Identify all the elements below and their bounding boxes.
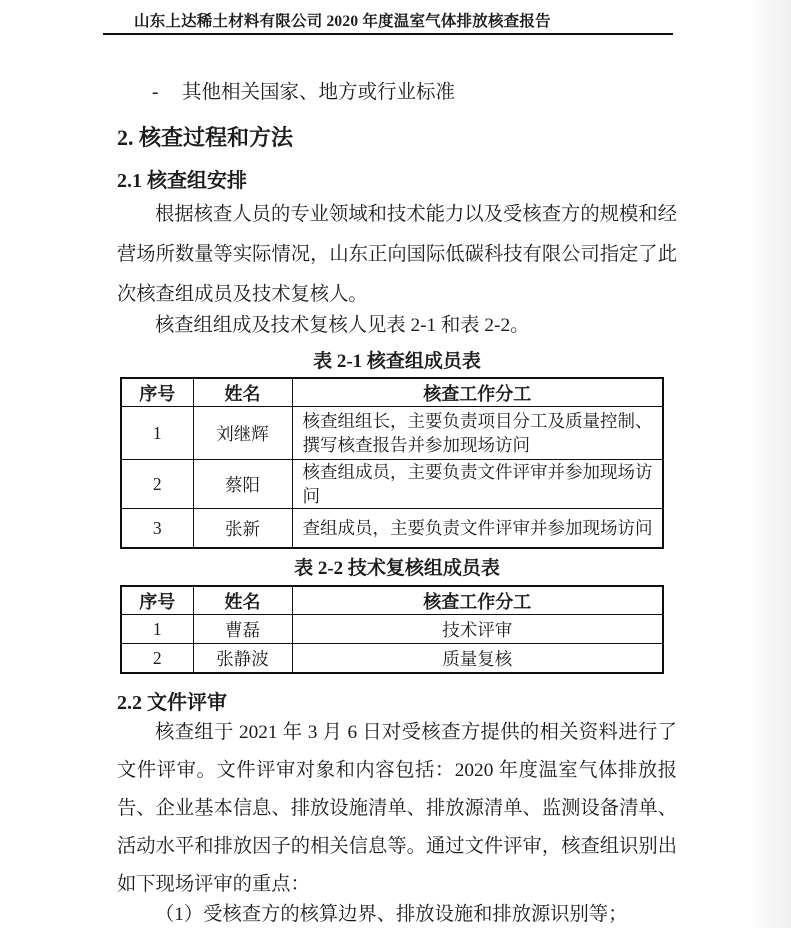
cell-duty: 查组成员，主要负责文件评审并参加现场访问 bbox=[292, 509, 663, 549]
cell-name: 张新 bbox=[193, 509, 292, 549]
header-rule bbox=[103, 33, 673, 35]
table-header-row: 序号 姓名 核查工作分工 bbox=[121, 378, 663, 407]
table-row: 1 曹磊 技术评审 bbox=[121, 615, 663, 644]
col-header-duty: 核查工作分工 bbox=[292, 378, 663, 407]
table-header-row: 序号 姓名 核查工作分工 bbox=[121, 586, 663, 615]
list-item-text: 其他相关国家、地方或行业标准 bbox=[182, 82, 455, 103]
cell-duty: 核查组成员，主要负责文件评审并参加现场访问 bbox=[292, 460, 663, 509]
cell-duty: 质量复核 bbox=[292, 644, 663, 674]
cell-name: 蔡阳 bbox=[193, 460, 292, 509]
table-2-2-caption: 表 2-2 技术复核组成员表 bbox=[117, 553, 677, 580]
col-header-index: 序号 bbox=[121, 586, 193, 615]
table-row: 3 张新 查组成员，主要负责文件评审并参加现场访问 bbox=[121, 509, 663, 549]
list-item-other-standards: -其他相关国家、地方或行业标准 bbox=[152, 76, 455, 104]
table-row: 2 蔡阳 核查组成员，主要负责文件评审并参加现场访问 bbox=[121, 460, 663, 509]
section-2-2-heading: 2.2 文件评审 bbox=[117, 686, 227, 715]
col-header-duty: 核查工作分工 bbox=[292, 586, 663, 615]
paragraph-table-reference: 核查组组成及技术复核人见表 2-1 和表 2-2。 bbox=[117, 306, 677, 346]
cell-duty: 技术评审 bbox=[292, 615, 663, 644]
cell-index: 3 bbox=[121, 509, 193, 549]
list-dash: - bbox=[152, 82, 182, 104]
col-header-index: 序号 bbox=[121, 378, 193, 407]
verification-team-table: 序号 姓名 核查工作分工 1 刘继辉 核查组组长，主要负责项目分工及质量控制、撰… bbox=[120, 377, 664, 549]
cell-name: 曹磊 bbox=[193, 615, 292, 644]
cell-name: 刘继辉 bbox=[193, 407, 292, 460]
numbered-item-1: （1）受核查方的核算边界、排放设施和排放源识别等； bbox=[117, 896, 677, 928]
cell-index: 2 bbox=[121, 644, 193, 674]
document-page: 山东上达稀土材料有限公司 2020 年度温室气体排放核查报告 -其他相关国家、地… bbox=[0, 0, 791, 928]
table-row: 1 刘继辉 核查组组长，主要负责项目分工及质量控制、撰写核查报告并参加现场访问 bbox=[121, 407, 663, 460]
cell-index: 1 bbox=[121, 615, 193, 644]
col-header-name: 姓名 bbox=[193, 378, 292, 407]
paragraph-team-arrangement: 根据核查人员的专业领域和技术能力以及受核查方的规模和经营场所数量等实际情况，山东… bbox=[117, 195, 677, 315]
paragraph-document-review: 核查组于 2021 年 3 月 6 日对受核查方提供的相关资料进行了文件评审。文… bbox=[117, 714, 677, 904]
cell-duty: 核查组组长，主要负责项目分工及质量控制、撰写核查报告并参加现场访问 bbox=[292, 407, 663, 460]
cell-index: 2 bbox=[121, 460, 193, 509]
col-header-name: 姓名 bbox=[193, 586, 292, 615]
technical-review-team-table: 序号 姓名 核查工作分工 1 曹磊 技术评审 2 张静波 质量复核 bbox=[120, 585, 664, 674]
cell-index: 1 bbox=[121, 407, 193, 460]
table-row: 2 张静波 质量复核 bbox=[121, 644, 663, 674]
cell-name: 张静波 bbox=[193, 644, 292, 674]
section-2-heading: 2. 核查过程和方法 bbox=[117, 121, 293, 152]
section-2-1-heading: 2.1 核查组安排 bbox=[117, 164, 247, 193]
table-2-1-caption: 表 2-1 核查组成员表 bbox=[117, 346, 677, 373]
page-header-title: 山东上达稀土材料有限公司 2020 年度温室气体排放核查报告 bbox=[134, 9, 551, 31]
